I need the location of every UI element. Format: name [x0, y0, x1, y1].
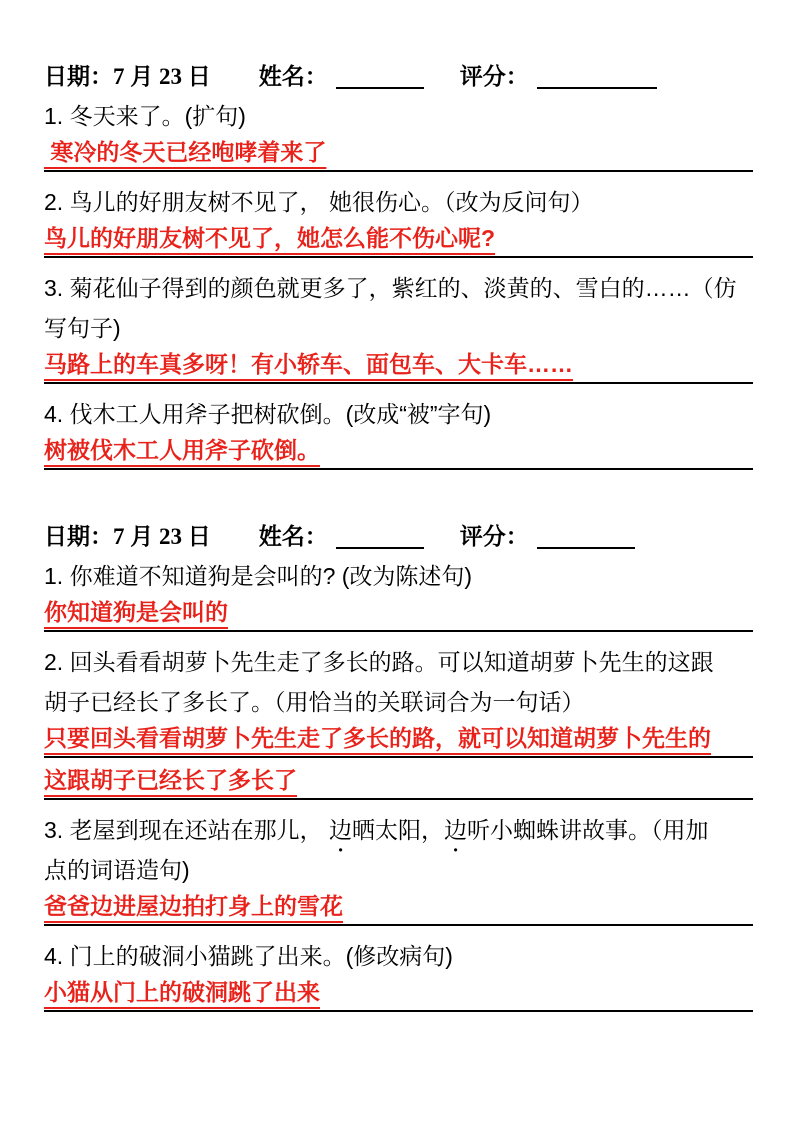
question-1: 1. 冬天来了。(扩句) — [44, 96, 753, 136]
worksheet-section-2: 日期：7 月 23 日姓名：评分： 1. 你难道不知道狗是会叫的? (改为陈述句… — [44, 516, 753, 1012]
question-3: 3. 老屋到现在还站在那儿， 边晒太阳，边听小蜘蛛讲故事。（用加 点的词语造句) — [44, 810, 753, 890]
question-text-segment: 听小蜘蛛讲故事。（用加 — [467, 817, 709, 843]
answer-text: 鸟儿的好朋友树不见了，她怎么能不伤心呢? — [44, 225, 495, 251]
answer-text: 寒冷的冬天已经咆哮着来了 — [44, 139, 326, 165]
section-header: 日期：7 月 23 日姓名：评分： — [44, 516, 753, 556]
answer-text: 这跟胡子已经长了多长了 — [44, 767, 297, 793]
question-line: 2. 鸟儿的好朋友树不见了， 她很伤心。（改为反问句） — [44, 182, 753, 222]
question-4: 4. 门上的破洞小猫跳了出来。(修改病句) — [44, 936, 753, 976]
answer-3: 爸爸边进屋边拍打身上的雪花 — [44, 890, 753, 926]
answer-3: 马路上的车真多呀！有小轿车、面包车、大卡车…… — [44, 348, 753, 384]
score-label: 评分： — [460, 63, 529, 89]
name-field: 姓名： — [259, 523, 424, 549]
answer-line: 爸爸边进屋边拍打身上的雪花 — [44, 890, 753, 926]
answer-line: 你知道狗是会叫的 — [44, 596, 753, 632]
question-line: 2. 回头看看胡萝卜先生走了多长的路。可以知道胡萝卜先生的这跟 — [44, 642, 753, 682]
question-line: 4. 门上的破洞小猫跳了出来。(修改病句) — [44, 936, 753, 976]
question-line: 3. 菊花仙子得到的颜色就更多了，紫红的、淡黄的、雪白的……（仿 — [44, 268, 753, 308]
question-2: 2. 回头看看胡萝卜先生走了多长的路。可以知道胡萝卜先生的这跟 胡子已经长了多长… — [44, 642, 753, 722]
answer-line: 树被伐木工人用斧子砍倒。 — [44, 434, 753, 470]
answer-1: 你知道狗是会叫的 — [44, 596, 753, 632]
answer-line: 寒冷的冬天已经咆哮着来了 — [44, 136, 753, 172]
answer-1: 寒冷的冬天已经咆哮着来了 — [44, 136, 753, 172]
emphasized-char: 边 — [329, 817, 352, 843]
question-text-segment: 3. 老屋到现在还站在那儿， — [44, 817, 329, 843]
question-line: 1. 冬天来了。(扩句) — [44, 96, 753, 136]
answer-text: 树被伐木工人用斧子砍倒。 — [44, 437, 320, 463]
question-line: 1. 你难道不知道狗是会叫的? (改为陈述句) — [44, 556, 753, 596]
answer-text: 只要回头看看胡萝卜先生走了多长的路，就可以知道胡萝卜先生的 — [44, 725, 711, 751]
answer-text: 马路上的车真多呀！有小轿车、面包车、大卡车…… — [44, 351, 573, 377]
answer-line: 这跟胡子已经长了多长了 — [44, 764, 753, 800]
question-1: 1. 你难道不知道狗是会叫的? (改为陈述句) — [44, 556, 753, 596]
question-line: 点的词语造句) — [44, 850, 753, 890]
date-label: 日期： — [44, 523, 113, 549]
date-value: 7 月 23 日 — [113, 64, 211, 89]
answer-line: 鸟儿的好朋友树不见了，她怎么能不伤心呢? — [44, 222, 753, 258]
worksheet-page: 日期：7 月 23 日姓名：评分： 1. 冬天来了。(扩句) 寒冷的冬天已经咆哮… — [0, 0, 793, 1122]
answer-text: 小猫从门上的破洞跳了出来 — [44, 979, 320, 1005]
question-4: 4. 伐木工人用斧子把树砍倒。(改成“被”字句) — [44, 394, 753, 434]
question-line: 4. 伐木工人用斧子把树砍倒。(改成“被”字句) — [44, 394, 753, 434]
question-line: 写句子) — [44, 308, 753, 348]
name-field: 姓名： — [259, 63, 424, 89]
date-value: 7 月 23 日 — [113, 524, 211, 549]
score-field: 评分： — [460, 63, 657, 89]
answer-text: 你知道狗是会叫的 — [44, 599, 228, 625]
emphasized-char: 边 — [444, 817, 467, 843]
answer-4: 树被伐木工人用斧子砍倒。 — [44, 434, 753, 470]
question-line: 3. 老屋到现在还站在那儿， 边晒太阳，边听小蜘蛛讲故事。（用加 — [44, 810, 753, 850]
score-blank-line — [537, 87, 657, 89]
name-label: 姓名： — [259, 523, 328, 549]
section-header: 日期：7 月 23 日姓名：评分： — [44, 56, 753, 96]
question-text-segment: 晒太阳， — [352, 817, 444, 843]
date-field: 日期：7 月 23 日 — [44, 523, 211, 549]
worksheet-section-1: 日期：7 月 23 日姓名：评分： 1. 冬天来了。(扩句) 寒冷的冬天已经咆哮… — [44, 56, 753, 470]
answer-4: 小猫从门上的破洞跳了出来 — [44, 976, 753, 1012]
score-blank-line — [537, 547, 635, 549]
name-blank-line — [336, 547, 424, 549]
answer-2: 只要回头看看胡萝卜先生走了多长的路，就可以知道胡萝卜先生的 这跟胡子已经长了多长… — [44, 722, 753, 800]
score-label: 评分： — [460, 523, 529, 549]
score-field: 评分： — [460, 523, 635, 549]
name-blank-line — [336, 87, 424, 89]
answer-line: 只要回头看看胡萝卜先生走了多长的路，就可以知道胡萝卜先生的 — [44, 722, 753, 758]
question-2: 2. 鸟儿的好朋友树不见了， 她很伤心。（改为反问句） — [44, 182, 753, 222]
answer-line: 马路上的车真多呀！有小轿车、面包车、大卡车…… — [44, 348, 753, 384]
answer-2: 鸟儿的好朋友树不见了，她怎么能不伤心呢? — [44, 222, 753, 258]
answer-text: 爸爸边进屋边拍打身上的雪花 — [44, 893, 343, 919]
answer-line: 小猫从门上的破洞跳了出来 — [44, 976, 753, 1012]
question-line: 胡子已经长了多长了。（用恰当的关联词合为一句话） — [44, 682, 753, 722]
date-label: 日期： — [44, 63, 113, 89]
name-label: 姓名： — [259, 63, 328, 89]
date-field: 日期：7 月 23 日 — [44, 63, 211, 89]
question-3: 3. 菊花仙子得到的颜色就更多了，紫红的、淡黄的、雪白的……（仿 写句子) — [44, 268, 753, 348]
